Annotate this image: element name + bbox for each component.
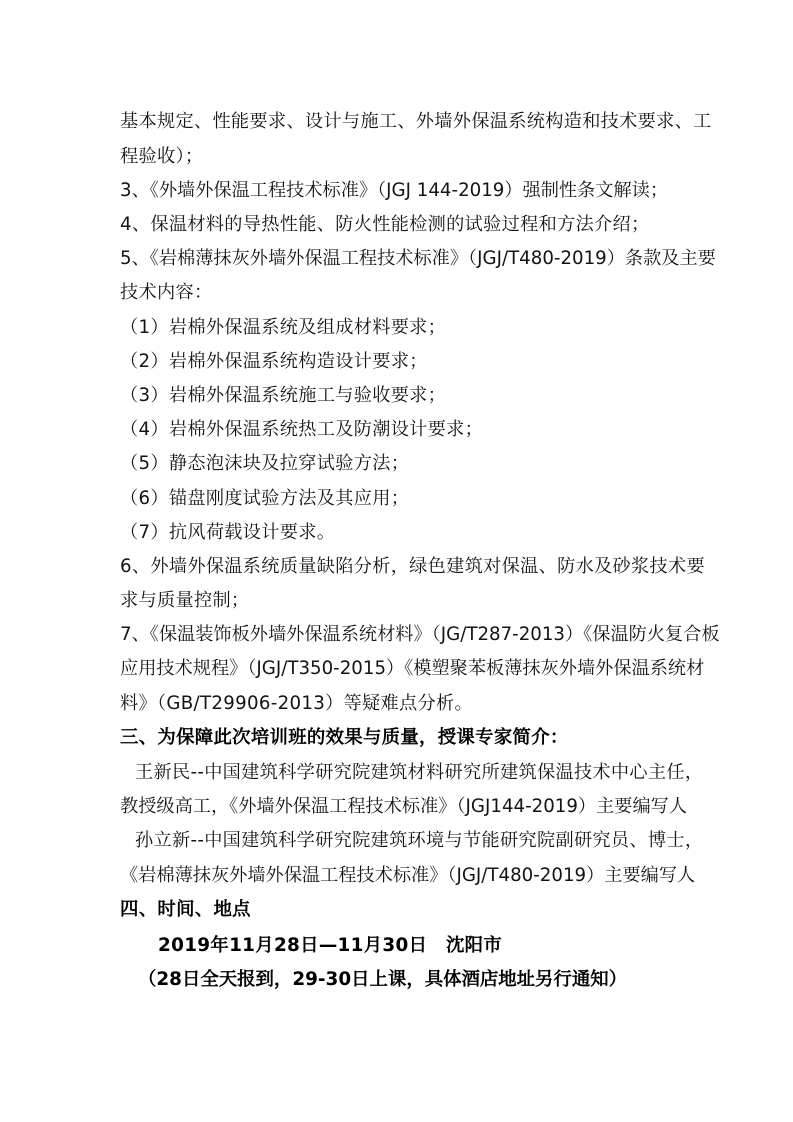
sub-item-6: （6）锚盘刚度试验方法及其应用； <box>120 487 409 511</box>
list-item-3: 3、《外墙外保温工程技术标准》（JGJ 144-2019）强制性条文解读； <box>120 179 668 203</box>
sub-item-1: （1）岩棉外保温系统及组成材料要求； <box>120 316 446 340</box>
paragraph-line: 料》（GB/T29906-2013）等疑难点分析。 <box>120 692 473 716</box>
sub-item-2: （2）岩棉外保温系统构造设计要求； <box>120 350 428 374</box>
document-page: 基本规定、性能要求、设计与施工、外墙外保温系统构造和技术要求、工 程验收）； 3… <box>0 0 793 1122</box>
expert-sun-line1: 孙立新--中国建筑科学研究院建筑环境与节能研究院副研究员、博士， <box>135 829 703 853</box>
sub-item-7: （7）抗风荷载设计要求。 <box>120 521 335 545</box>
paragraph-line: 技术内容： <box>120 281 212 305</box>
section-heading-experts: 三、为保障此次培训班的效果与质量，授课专家简介： <box>120 726 569 750</box>
section-heading-time-location: 四、时间、地点 <box>120 898 251 922</box>
paragraph-line: 求与质量控制； <box>120 589 249 613</box>
paragraph-line: 程验收）； <box>120 145 203 169</box>
registration-note: （28日全天报到，29-30日上课，具体酒店地址另行通知） <box>138 968 627 992</box>
expert-wang-line1: 王新民--中国建筑科学研究院建筑材料研究所建筑保温技术中心主任， <box>135 761 703 785</box>
date-location: 2019年11月28日—11月30日 沈阳市 <box>158 934 502 958</box>
list-item-4: 4、保温材料的导热性能、防火性能检测的试验过程和方法介绍； <box>120 213 650 237</box>
paragraph-line: 基本规定、性能要求、设计与施工、外墙外保温系统构造和技术要求、工 <box>120 110 712 134</box>
sub-item-4: （4）岩棉外保温系统热工及防潮设计要求； <box>120 418 483 442</box>
list-item-7: 7、《保温装饰板外墙外保温系统材料》（JG/T287-2013）《保温防火复合板 <box>120 623 720 647</box>
list-item-5: 5、《岩棉薄抹灰外墙外保温工程技术标准》（JGJ/T480-2019）条款及主要 <box>120 247 716 271</box>
sub-item-3: （3）岩棉外保温系统施工与验收要求； <box>120 384 446 408</box>
expert-wang-line2: 教授级高工，《外墙外保温工程技术标准》（JGJ144-2019）主要编写人 <box>120 795 687 819</box>
sub-item-5: （5）静态泡沫块及拉穿试验方法； <box>120 452 409 476</box>
expert-sun-line2: 《岩棉薄抹灰外墙外保温工程技术标准》（JGJ/T480-2019）主要编写人 <box>120 864 695 888</box>
list-item-6: 6、外墙外保温系统质量缺陷分析，绿色建筑对保温、防水及砂浆技术要 <box>120 555 705 579</box>
paragraph-line: 应用技术规程》（JGJ/T350-2015）《模塑聚苯板薄抹灰外墙外保温系统材 <box>120 657 704 681</box>
